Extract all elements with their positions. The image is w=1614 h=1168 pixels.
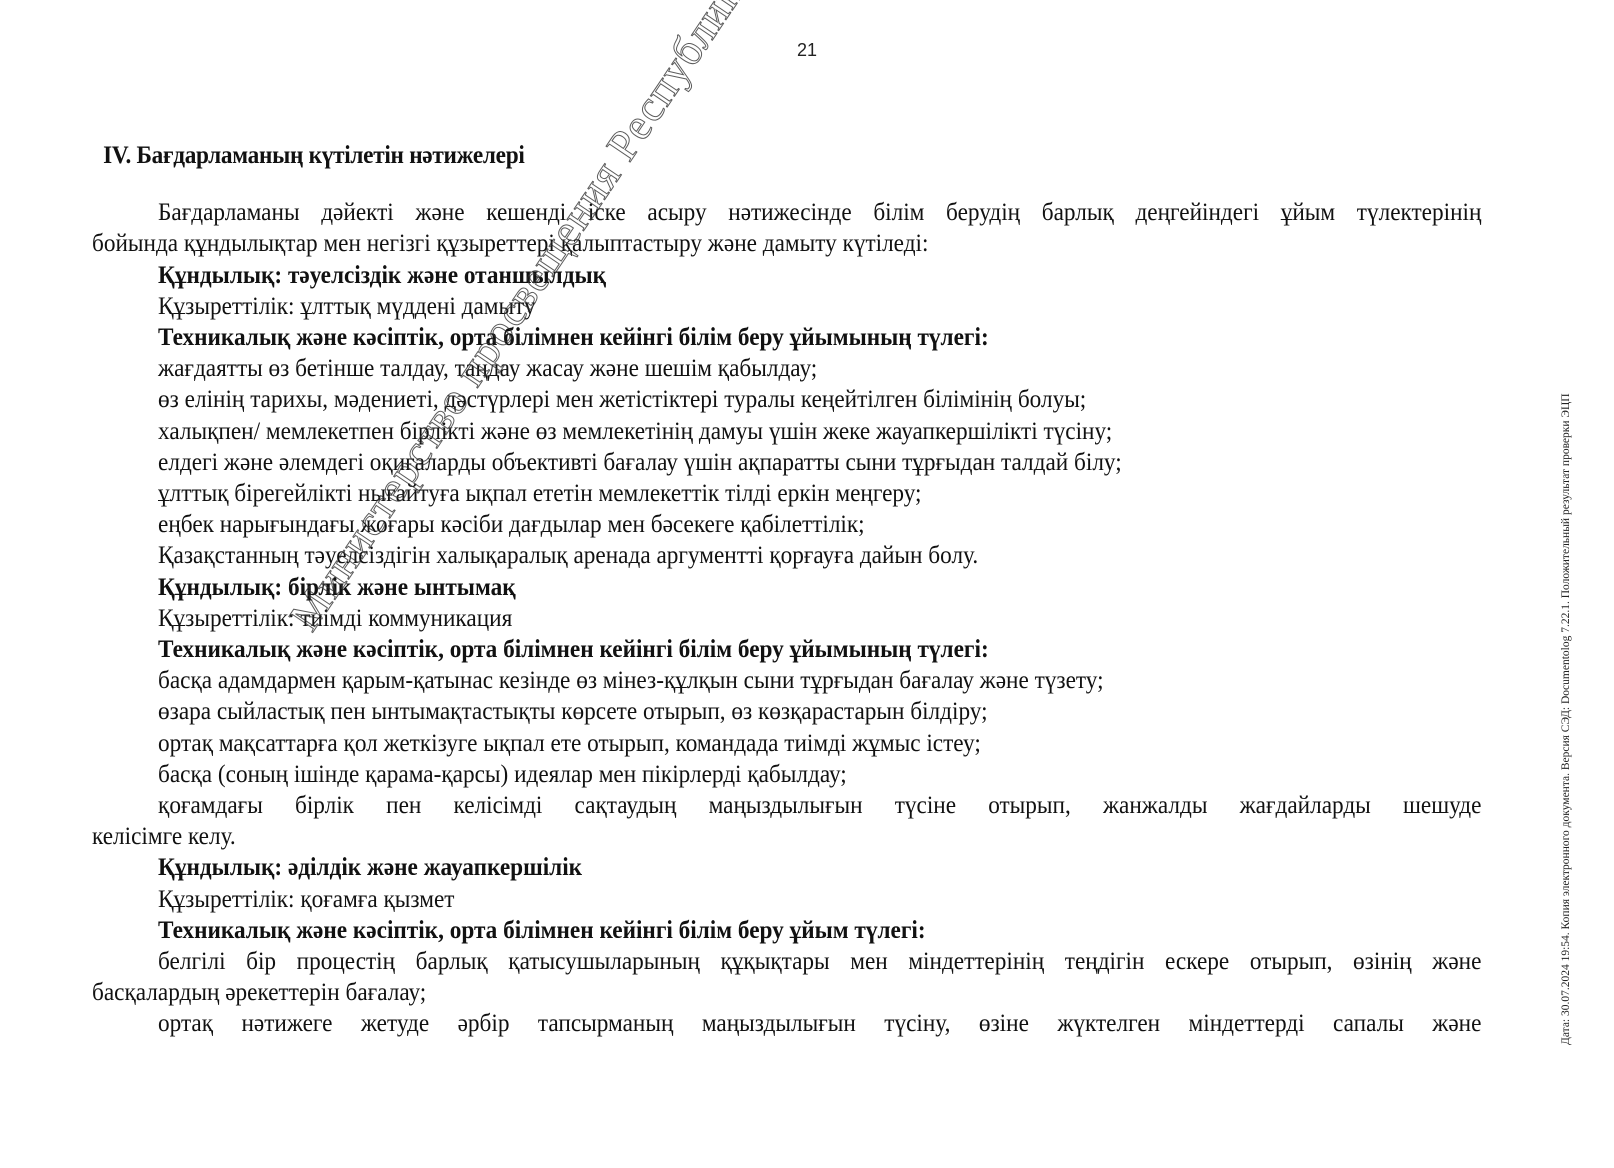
edms-side-note: Дата: 30.07.2024 19:54. Копия электронно… (1560, 393, 1572, 1045)
page-number: 21 (0, 40, 1614, 61)
list-item: өз елінің тарихы, мәдениеті, дәстүрлері … (92, 384, 1481, 415)
list-item: халықпен/ мемлекетпен бірлікті және өз м… (92, 416, 1481, 447)
list-item: Қазақстанның тәуелсіздігін халықаралық а… (92, 540, 1481, 571)
value-block: Құндылық: әділдік және жауапкершілік Құз… (92, 852, 1481, 1039)
list-item: ұлттық бірегейлікті нығайтуға ықпал етет… (92, 478, 1481, 509)
list-item: белгілі бір процестің барлық қатысушылар… (92, 946, 1481, 977)
value-block: Құндылық: бірлік және ынтымақ Құзыреттіл… (92, 572, 1481, 853)
section-title: IV. Бағдарламаның күтілетін нәтижелері (103, 140, 1481, 171)
graduate-heading: Техникалық және кәсіптік, орта білімнен … (92, 322, 1481, 353)
competence-line: Құзыреттілік: ұлттық мүддені дамыту (92, 291, 1481, 322)
list-item-continuation: келісімге келу. (92, 821, 1481, 852)
list-item: еңбек нарығындағы жоғары кәсіби дағдылар… (92, 509, 1481, 540)
value-heading: Құндылық: әділдік және жауапкершілік (92, 852, 1481, 883)
list-item: басқа адамдармен қарым-қатынас кезінде ө… (92, 665, 1481, 696)
list-item: қоғамдағы бірлік пен келісімді сақтаудың… (92, 790, 1481, 821)
list-item: елдегі және әлемдегі оқиғаларды объектив… (92, 447, 1481, 478)
list-item-continuation: басқалардың әрекеттерін бағалау; (92, 977, 1481, 1008)
list-item: басқа (соның ішінде қарама-қарсы) идеяла… (92, 759, 1481, 790)
list-item: жағдаятты өз бетінше талдау, таңдау жаса… (92, 353, 1481, 384)
intro-paragraph-line: бойында құндылықтар мен негізгі құзыретт… (92, 228, 1481, 259)
list-item: ортақ нәтижеге жетуде әрбір тапсырманың … (92, 1008, 1481, 1039)
document-body: IV. Бағдарламаның күтілетін нәтижелері Б… (92, 140, 1481, 1040)
value-block: Құндылық: тәуелсіздік және отаншылдық Құ… (92, 260, 1481, 572)
competence-line: Құзыреттілік: қоғамға қызмет (92, 884, 1481, 915)
value-heading: Құндылық: тәуелсіздік және отаншылдық (92, 260, 1481, 291)
competence-line: Құзыреттілік: тиімді коммуникация (92, 603, 1481, 634)
value-heading: Құндылық: бірлік және ынтымақ (92, 572, 1481, 603)
list-item: ортақ мақсаттарға қол жеткізуге ықпал ет… (92, 728, 1481, 759)
graduate-heading: Техникалық және кәсіптік, орта білімнен … (92, 915, 1481, 946)
intro-paragraph-line: Бағдарламаны дәйекті және кешенді іске а… (92, 197, 1481, 228)
graduate-heading: Техникалық және кәсіптік, орта білімнен … (92, 634, 1481, 665)
list-item: өзара сыйластық пен ынтымақтастықты көрс… (92, 696, 1481, 727)
